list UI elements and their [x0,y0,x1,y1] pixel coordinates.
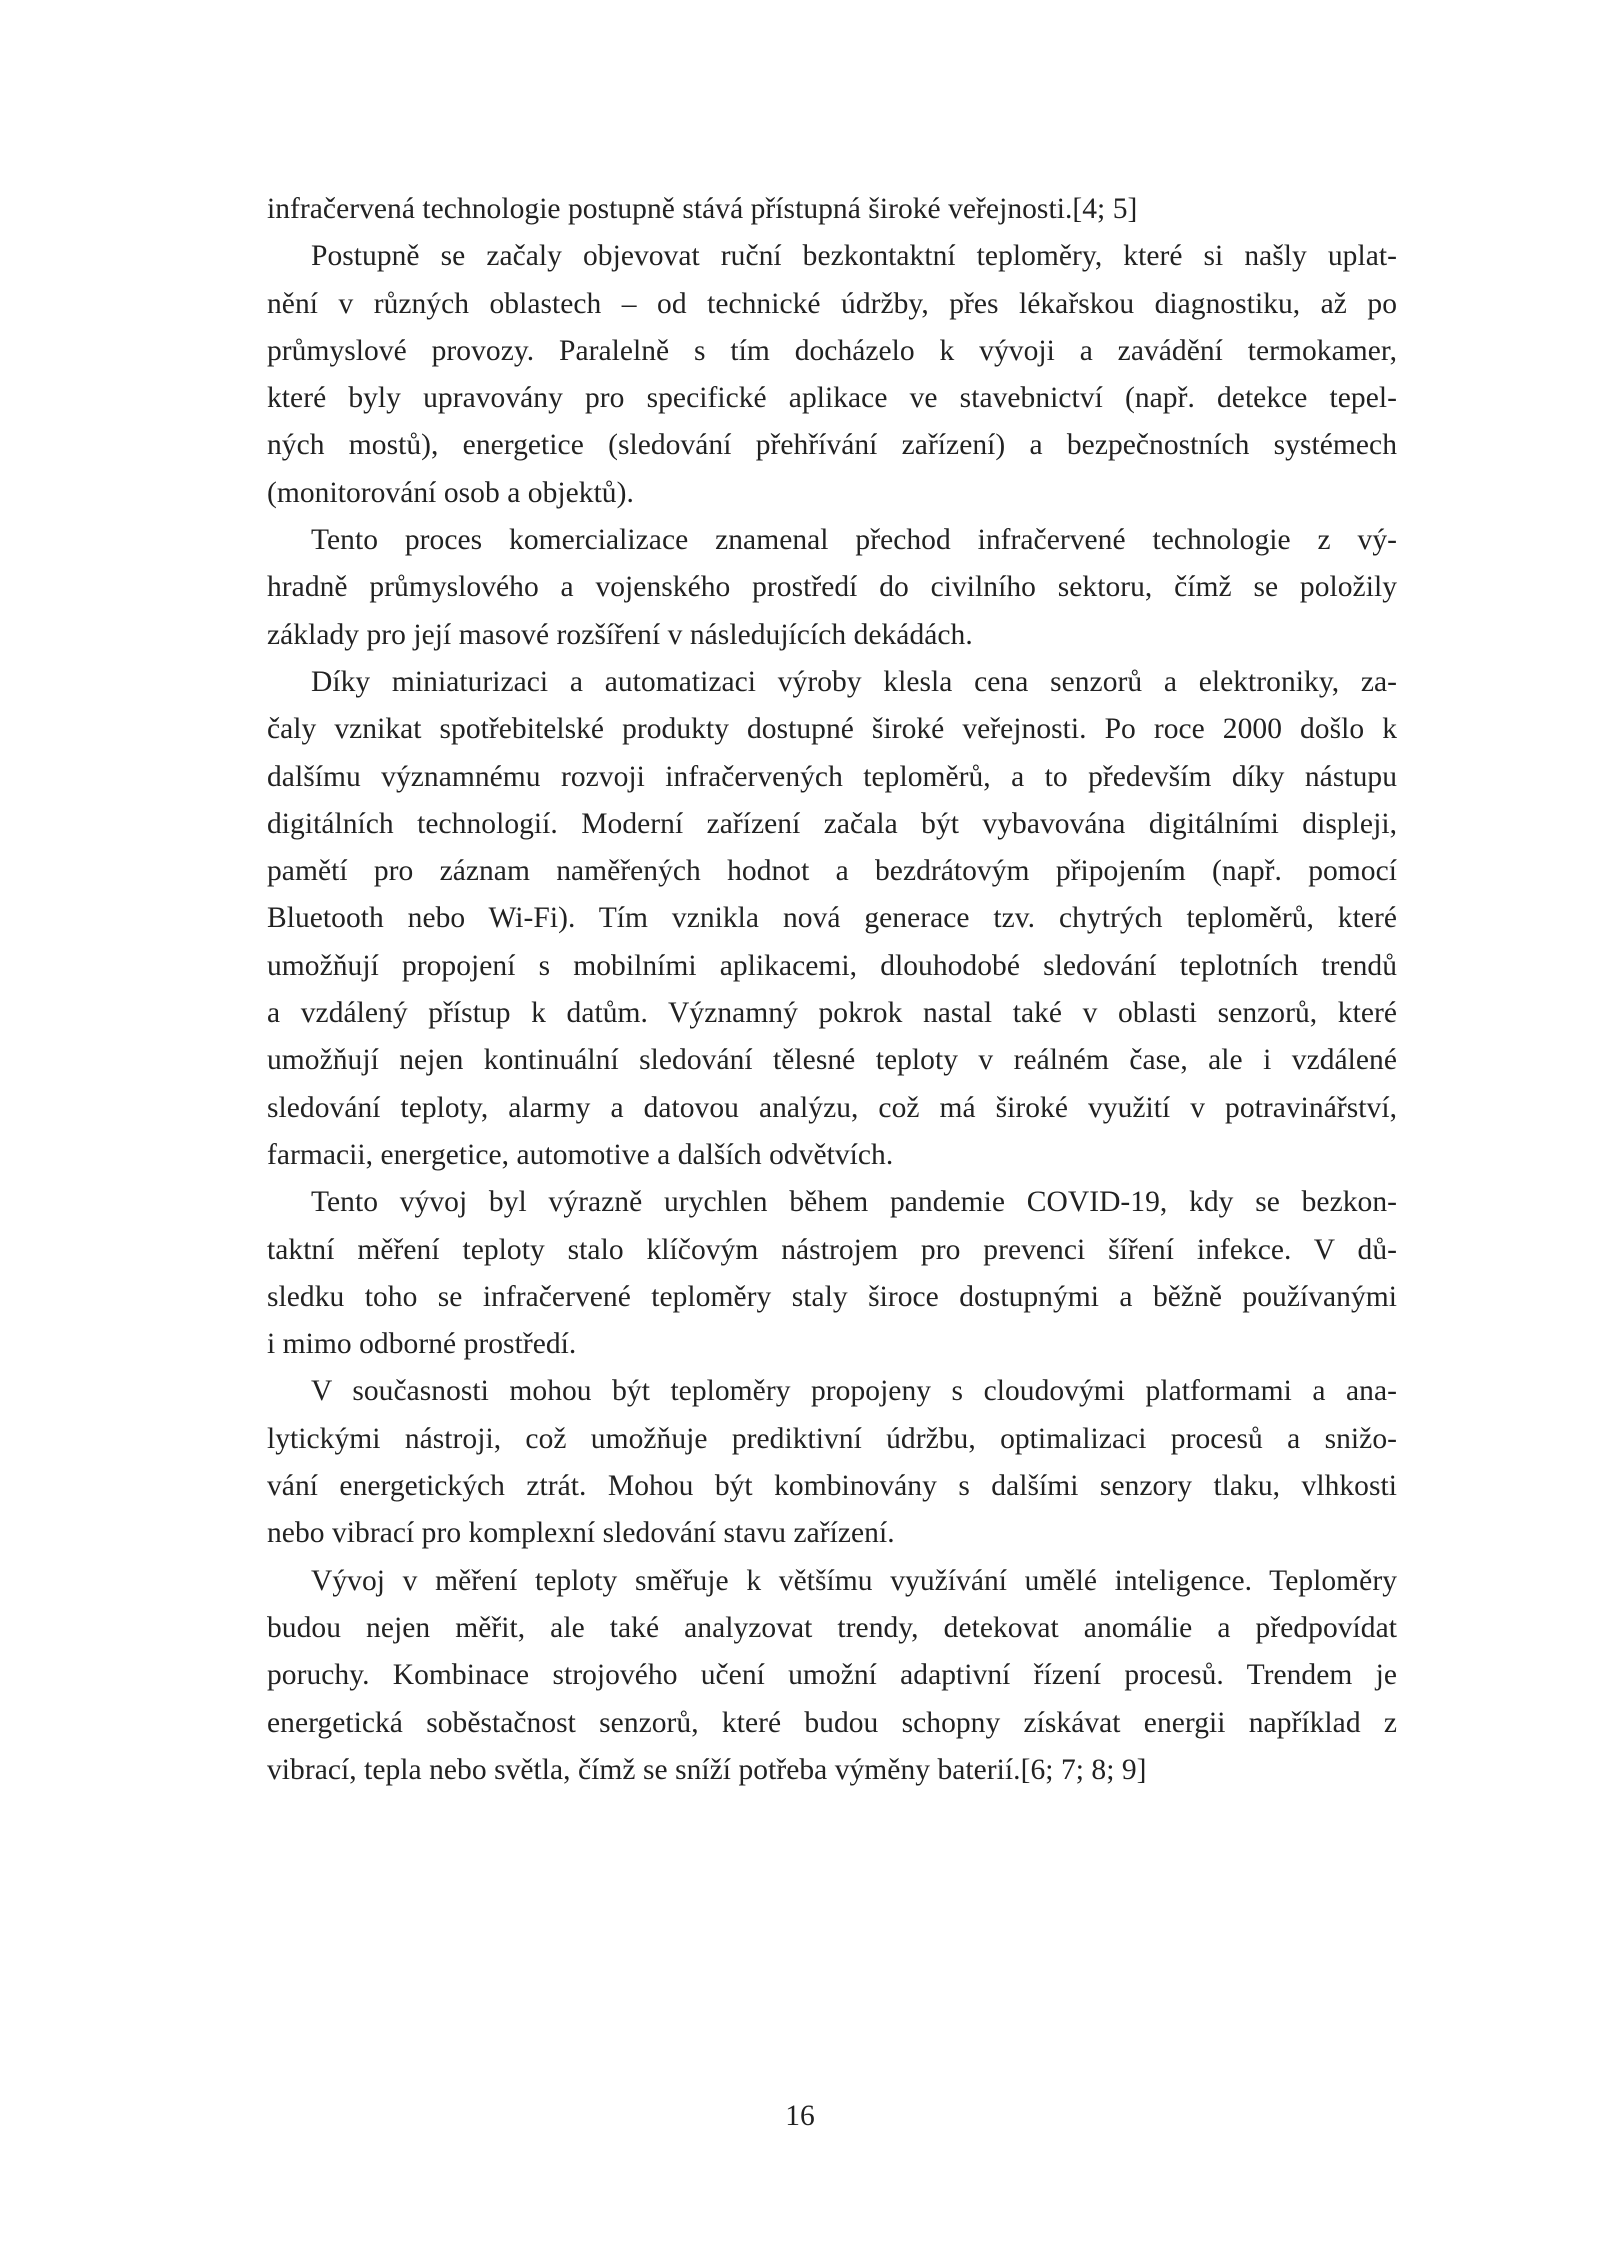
text-line: vibrací, tepla nebo světla, čímž se sníž… [267,1747,1397,1794]
text-line: nebo vibrací pro komplexní sledování sta… [267,1510,1397,1557]
text-line: Díky miniaturizaci a automatizaci výroby… [267,659,1397,706]
text-line: lytickými nástroji, což umožňuje predikt… [267,1416,1397,1463]
text-line: budou nejen měřit, ale také analyzovat t… [267,1605,1397,1652]
text-line: digitálních technologií. Moderní zařízen… [267,801,1397,848]
text-line: umožňují propojení s mobilními aplikacem… [267,943,1397,990]
text-line: Tento vývoj byl výrazně urychlen během p… [267,1179,1397,1226]
paragraph-commercialization: Tento proces komercializace znamenal pře… [267,517,1397,659]
text-line: Vývoj v měření teploty směřuje k většímu… [267,1558,1397,1605]
paragraph-covid: Tento vývoj byl výrazně urychlen během p… [267,1179,1397,1368]
text-line: nění v různých oblastech – od technické … [267,281,1397,328]
paragraph-miniaturization: Díky miniaturizaci a automatizaci výroby… [267,659,1397,1179]
document-page: infračervená technologie postupně stává … [0,0,1600,2263]
text-line: průmyslové provozy. Paralelně s tím doch… [267,328,1397,375]
text-line: a vzdálený přístup k datům. Významný pok… [267,990,1397,1037]
paragraph-continuation: infračervená technologie postupně stává … [267,186,1397,233]
text-line: čaly vznikat spotřebitelské produkty dos… [267,706,1397,753]
text-line: dalšímu významnému rozvoji infračervenýc… [267,754,1397,801]
text-line: i mimo odborné prostředí. [267,1321,1397,1368]
text-line: Postupně se začaly objevovat ruční bezko… [267,233,1397,280]
paragraph-handheld-thermometers: Postupně se začaly objevovat ruční bezko… [267,233,1397,517]
paragraph-cloud-platforms: V současnosti mohou být teploměry propoj… [267,1368,1397,1557]
text-line: pamětí pro záznam naměřených hodnot a be… [267,848,1397,895]
text-line: energetická soběstačnost senzorů, které … [267,1700,1397,1747]
text-line: sledování teploty, alarmy a datovou anal… [267,1085,1397,1132]
page-number: 16 [0,2098,1600,2134]
text-line: ných mostů), energetice (sledování přehř… [267,422,1397,469]
text-line: farmacii, energetice, automotive a další… [267,1132,1397,1179]
text-line: taktní měření teploty stalo klíčovým nás… [267,1227,1397,1274]
text-line: poruchy. Kombinace strojového učení umož… [267,1652,1397,1699]
body-text: infračervená technologie postupně stává … [267,186,1397,1794]
text-line: vání energetických ztrát. Mohou být komb… [267,1463,1397,1510]
text-line: V současnosti mohou být teploměry propoj… [267,1368,1397,1415]
paragraph-ai-future: Vývoj v měření teploty směřuje k většímu… [267,1558,1397,1794]
text-line: Tento proces komercializace znamenal pře… [267,517,1397,564]
text-line: hradně průmyslového a vojenského prostře… [267,564,1397,611]
text-line: (monitorování osob a objektů). [267,470,1397,517]
text-line: Bluetooth nebo Wi-Fi). Tím vznikla nová … [267,895,1397,942]
text-line: základy pro její masové rozšíření v násl… [267,612,1397,659]
text-line: sledku toho se infračervené teploměry st… [267,1274,1397,1321]
text-line: infračervená technologie postupně stává … [267,186,1397,233]
text-line: umožňují nejen kontinuální sledování těl… [267,1037,1397,1084]
text-line: které byly upravovány pro specifické apl… [267,375,1397,422]
